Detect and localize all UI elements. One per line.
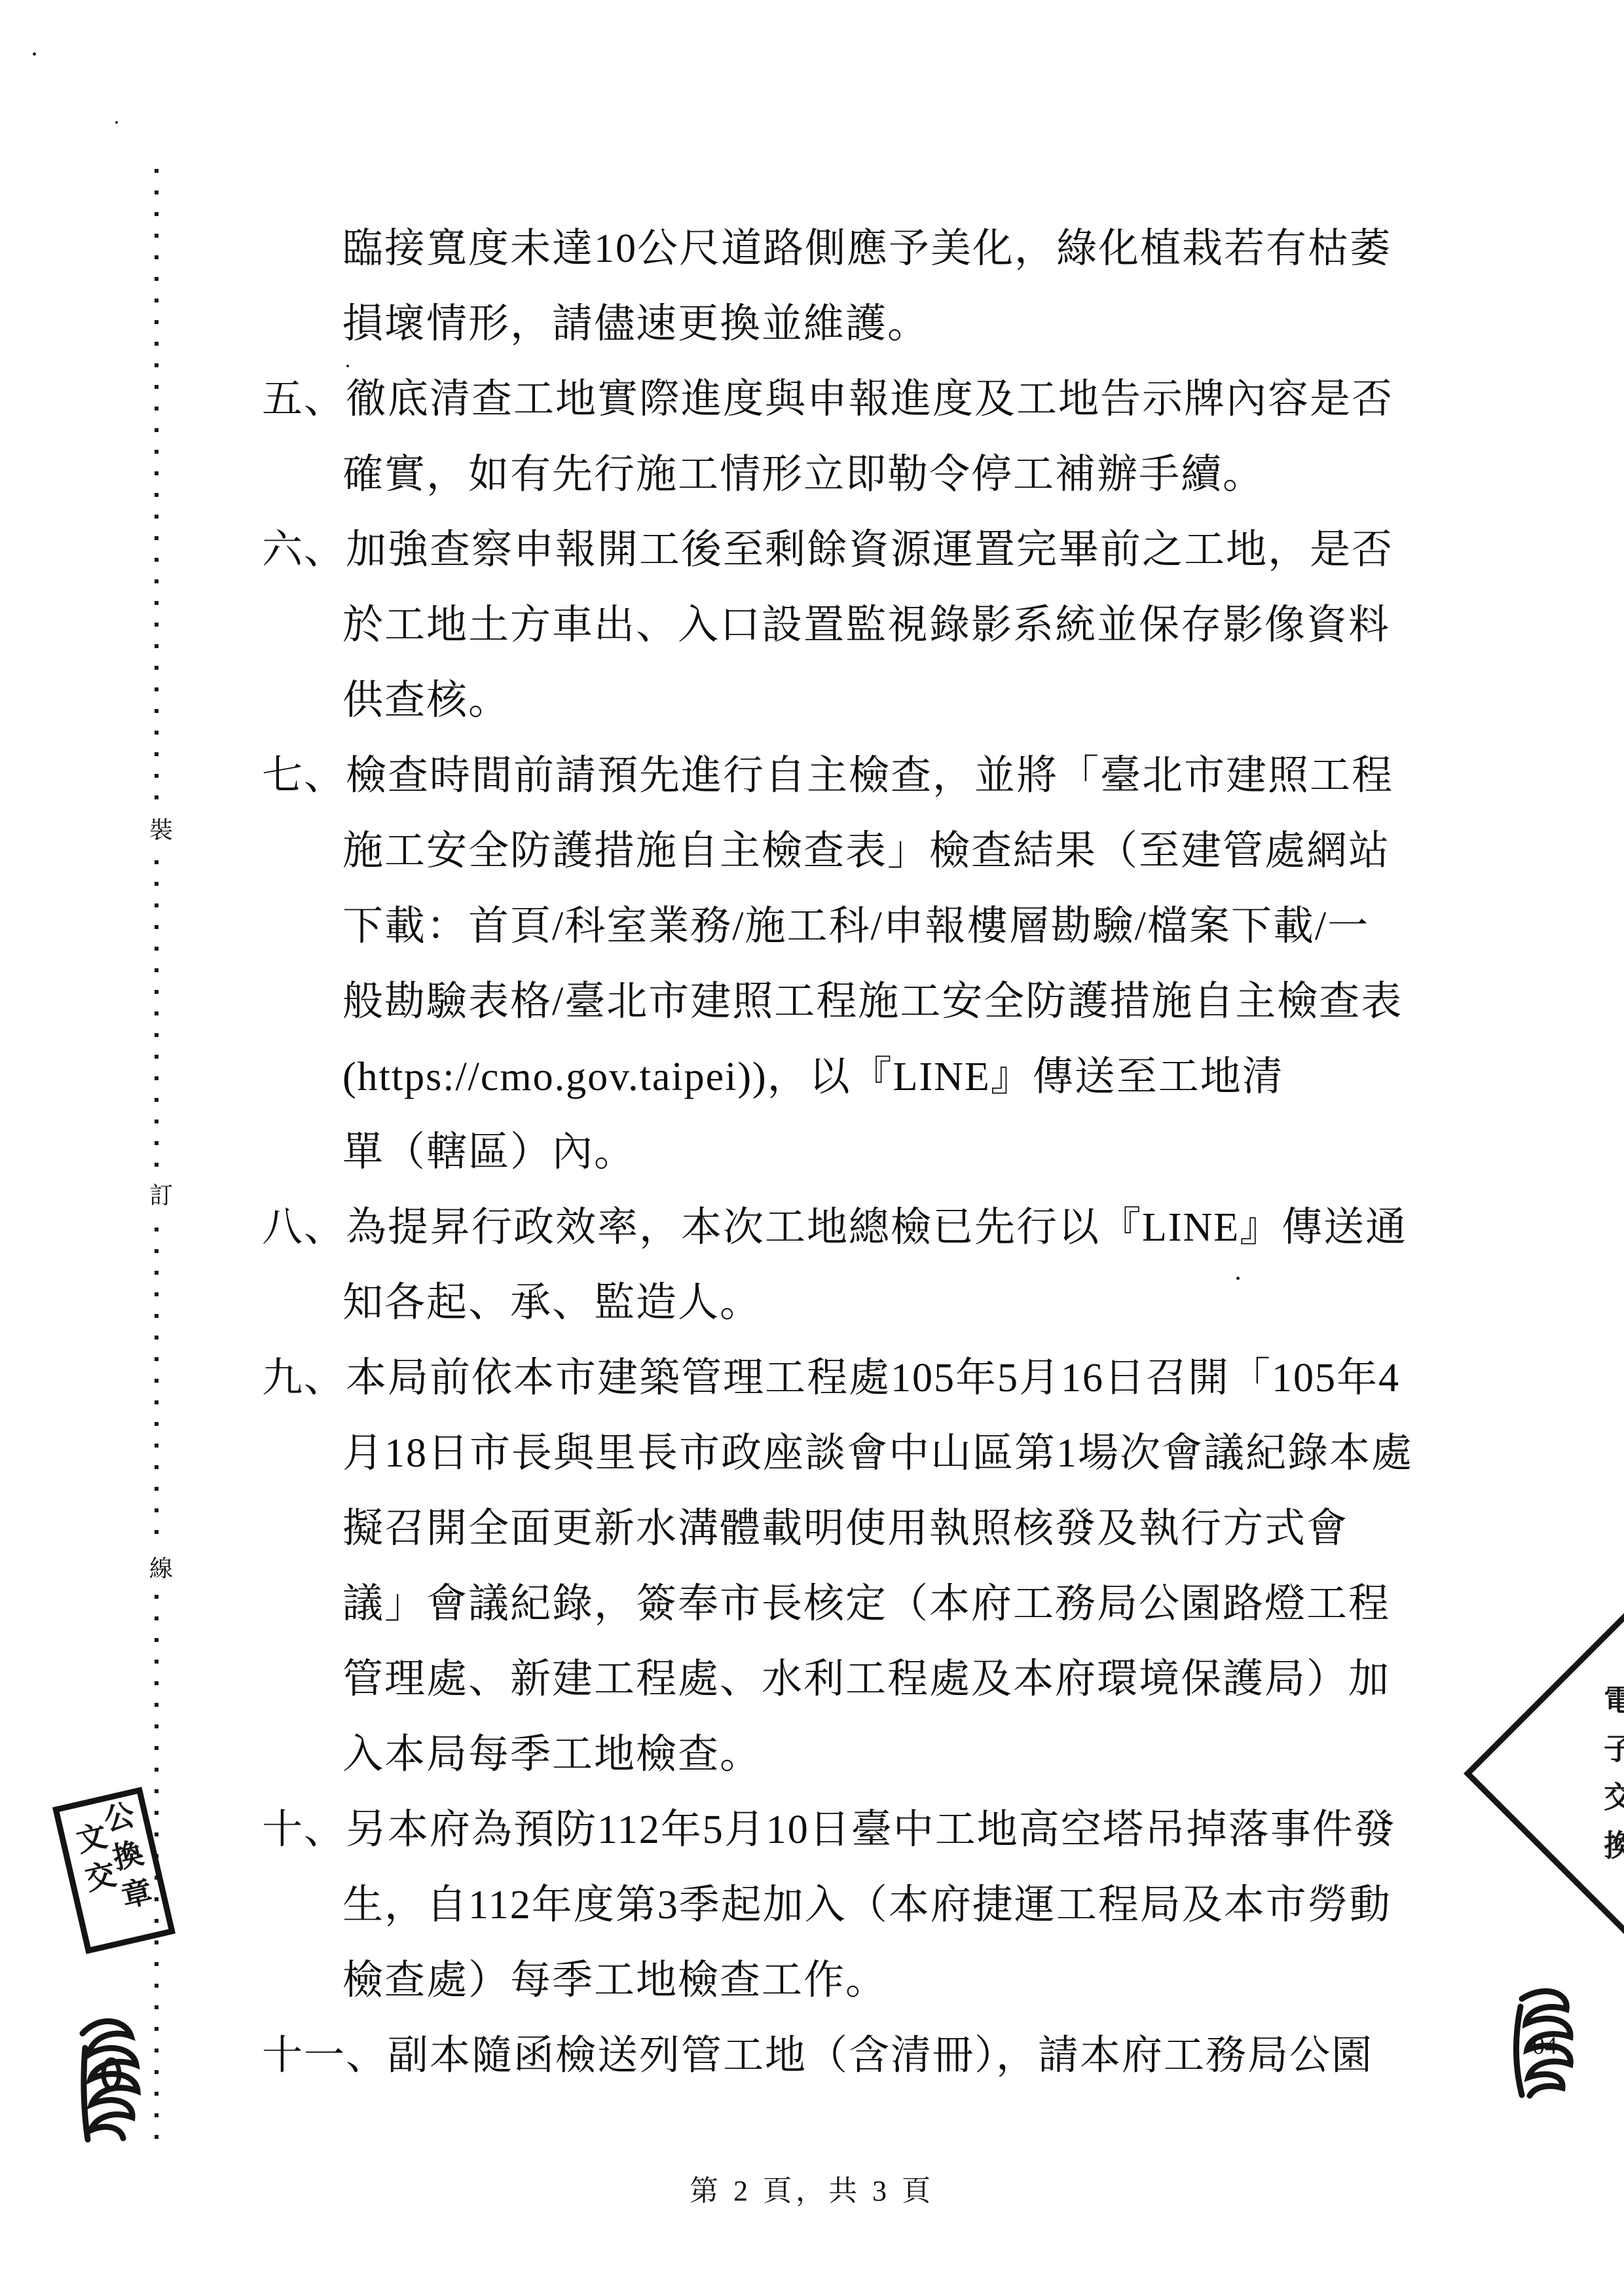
- scan-speck: [1236, 1277, 1240, 1280]
- page-footer: 第 2 頁，共 3 頁: [0, 2167, 1624, 2209]
- scribble-mark: 04: [1532, 2032, 1557, 2060]
- doc-line: 知各起、承、監造人。: [342, 1280, 762, 1326]
- doc-line: 入本局每季工地檢查。: [342, 1732, 762, 1777]
- scribble-stamp-left: [71, 2009, 149, 2149]
- scanned-document-page: 裝訂線 臨接寬度未達10公尺道路側應予美化，綠化植栽若有枯萎損壞情形，請儘速更換…: [0, 0, 1624, 2296]
- doc-line: 下載：首頁/科室業務/施工科/申報樓層勘驗/檔案下載/一: [342, 903, 1369, 949]
- doc-line: 臨接寬度未達10公尺道路側應予美化，綠化植栽若有枯萎: [342, 226, 1392, 272]
- doc-line: 單（轄區）內。: [342, 1129, 636, 1175]
- scan-speck: [33, 52, 36, 56]
- scribble-stamp-right: 04: [1498, 1980, 1583, 2102]
- doc-line: 確實，如有先行施工情形立即勒令停工補辦手續。: [342, 452, 1264, 498]
- doc-line: 議」會議紀錄，簽奉市長核定（本府工務局公園路燈工程: [342, 1581, 1390, 1627]
- doc-line: 般勘驗表格/臺北市建照工程施工安全防護措施自主檢查表: [342, 979, 1403, 1025]
- binding-char: 線: [147, 1545, 175, 1589]
- doc-line: 損壞情形，請儘速更換並維護。: [342, 301, 929, 347]
- doc-line: 九、本局前依本市建築管理工程處105年5月16日召開「105年4: [262, 1355, 1400, 1401]
- scan-speck: [346, 365, 349, 367]
- doc-line: 十、另本府為預防112年5月10日臺中工地高空塔吊掉落事件發: [262, 1807, 1396, 1853]
- doc-line: 檢查處）每季工地檢查工作。: [342, 1958, 887, 2003]
- stamp-text: 電子 交換: [1585, 1677, 1624, 1870]
- doc-line: 八、為提昇行政效率，本次工地總檢已先行以『LINE』傳送通: [262, 1205, 1407, 1250]
- doc-line: 六、加強查察申報開工後至剩餘資源運置完畢前之工地，是否: [262, 527, 1393, 573]
- doc-line: 十一、副本隨函檢送列管工地（含清冊），請本府工務局公園: [262, 2033, 1373, 2079]
- doc-line: 五、徹底清查工地實際進度與申報進度及工地告示牌內容是否: [262, 376, 1393, 422]
- doc-line: 七、檢查時間前請預先進行自主檢查，並將「臺北市建照工程: [262, 753, 1393, 799]
- scan-speck: [115, 121, 118, 124]
- doc-line: 於工地土方車出、入口設置監視錄影系統並保存影像資料: [342, 602, 1390, 648]
- doc-line: 供查核。: [342, 678, 510, 723]
- binding-char: 裝: [147, 807, 175, 850]
- binding-char: 訂: [147, 1172, 175, 1216]
- doc-line: 擬召開全面更新水溝體載明使用執照核發及執行方式會: [342, 1506, 1348, 1552]
- doc-line: 施工安全防護措施自主檢查表」檢查結果（至建管處網站: [342, 828, 1390, 874]
- doc-line: (https://cmo.gov.taipei))，以『LINE』傳送至工地清: [342, 1054, 1284, 1100]
- doc-line: 管理處、新建工程處、水利工程處及本府環境保護局）加: [342, 1656, 1390, 1702]
- doc-line: 生，自112年度第3季起加入（本府捷運工程局及本市勞動: [342, 1882, 1392, 1928]
- doc-line: 月18日市長與里長市政座談會中山區第1場次會議紀錄本處: [342, 1430, 1413, 1476]
- electronic-exchange-stamp: 電子 交換: [1464, 1613, 1624, 1935]
